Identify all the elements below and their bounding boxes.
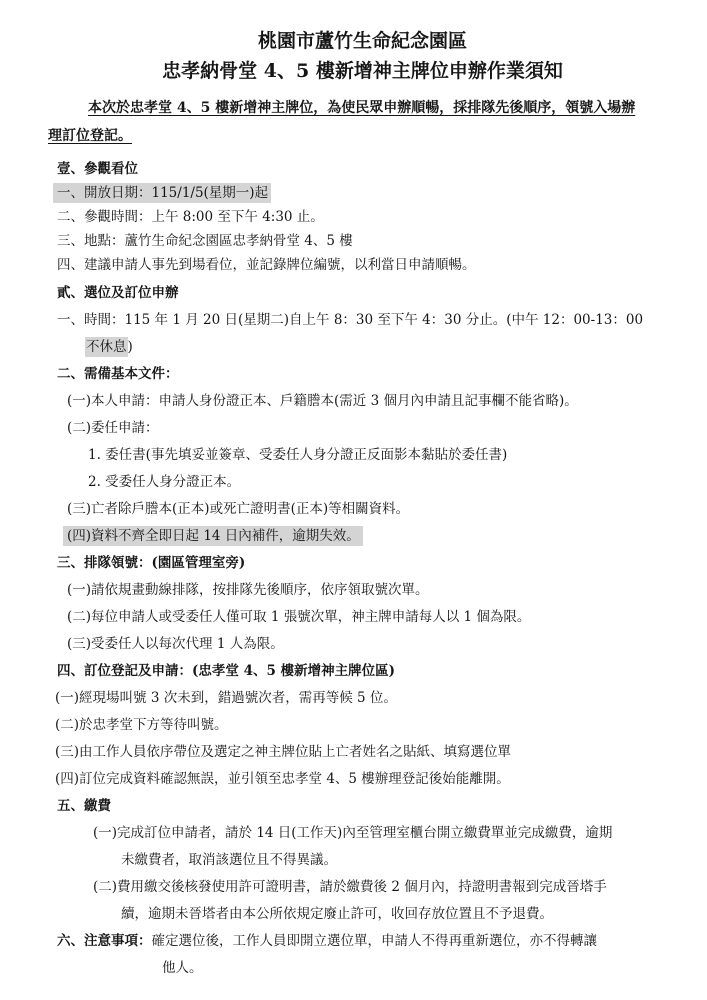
notes-item: 六、注意事項：確定選位後，工作人員即開立選位單，申請人不得再重新選位，亦不得轉讓… [57,928,677,982]
deadline-highlight: (四)資料不齊全即日起 14 日內補件，逾期失效。 [63,526,363,546]
section-1-heading: 壹、參觀看位 [57,157,677,181]
item-visit-time: 二、參觀時間：上午 8:00 至下午 4:30 止。 [57,205,677,229]
apply-time-line1: 一、時間：115 年 1 月 20 日(星期二)自上午 8：30 至下午 4：3… [57,312,643,328]
docs-item-delegate-id: 2. 受委任人身分證正本。 [88,469,677,496]
notes-line1: 確定選位後，工作人員即開立選位單，申請人不得再重新選位，亦不得轉讓 [152,933,598,949]
payment-item-2-line1: (二)費用繳交後核發使用許可證明書，請於繳費後 2 個月內，持證明書報到完成晉塔… [93,879,607,895]
payment-item-1-line1: (一)完成訂位申請者，請於 14 日(工作天)內至管理室櫃台開立繳費單並完成繳費… [93,825,612,841]
payment-item-1: (一)完成訂位申請者，請於 14 日(工作天)內至管理室櫃台開立繳費單並完成繳費… [93,820,677,874]
payment-heading: 五、繳費 [57,793,677,820]
docs-item-deadline: (四)資料不齊全即日起 14 日內補件，逾期失效。 [67,523,677,550]
doc-title-line2: 忠孝納骨堂 4、5 樓新增神主牌位申辦作業須知 [48,56,677,86]
queue-item-2: (二)每位申請人或受委任人僅可取 1 張號次單，神主牌申請每人以 1 個為限。 [67,604,677,631]
intro-line1: 本次於忠孝堂 4、5 樓新增神主牌位，為使民眾申辦順暢，採排隊先後順序，領號入場… [88,100,635,116]
payment-item-1-line2: 未繳費者，取消該選位且不得異議。 [121,852,337,868]
docs-item-self: (一)本人申請：申請人身份證正本、戶籍謄本(需近 3 個月內申請且記事欄不能省略… [67,388,677,415]
required-docs-heading: 二、需備基本文件： [57,361,677,388]
booking-item-1: (一)經現場叫號 3 次未到，錯過號次者，需再等候 5 位。 [55,685,677,712]
payment-item-2: (二)費用繳交後核發使用許可證明書，請於繳費後 2 個月內，持證明書報到完成晉塔… [93,874,677,928]
section-2-heading: 貳、選位及訂位申辦 [57,280,677,307]
item-location: 三、地點：蘆竹生命紀念園區忠孝納骨堂 4、5 樓 [57,229,677,253]
queue-heading: 三、排隊領號：(園區管理室旁) [57,550,677,577]
booking-item-3: (三)由工作人員依序帶位及選定之神主牌位貼上亡者姓名之貼紙、填寫選位單 [55,739,677,766]
open-date-highlight: 一、開放日期：115/1/5(星期一)起 [53,183,271,203]
item-suggestion: 四、建議申請人事先到場看位，並記錄牌位編號，以利當日申請順暢。 [57,253,677,277]
no-break-highlight: 不休息 [85,337,128,357]
booking-item-2: (二)於忠孝堂下方等待叫號。 [55,712,677,739]
docs-item-delegate-letter: 1. 委任書(事先填妥並簽章、受委任人身分證正反面影本黏貼於委任書) [88,442,677,469]
booking-item-4: (四)訂位完成資料確認無誤，並引領至忠孝堂 4、5 樓辦理登記後始能離開。 [55,766,677,793]
payment-item-2-line2: 續，逾期未晉塔者由本公所依規定廢止許可，收回存放位置且不予退費。 [121,906,553,922]
booking-heading: 四、訂位登記及申請：(忠孝堂 4、5 樓新增神主牌位區) [57,658,677,685]
doc-title-line1: 桃園市蘆竹生命紀念園區 [48,26,677,56]
document-page: 桃園市蘆竹生命紀念園區 忠孝納骨堂 4、5 樓新增神主牌位申辦作業須知 本次於忠… [0,0,707,982]
notes-label: 六、注意事項： [57,933,152,949]
intro-paragraph: 本次於忠孝堂 4、5 樓新增神主牌位，為使民眾申辦順暢，採排隊先後順序，領號入場… [48,94,677,150]
intro-line2: 理訂位登記。 [48,128,132,144]
item-apply-time: 一、時間：115 年 1 月 20 日(星期二)自上午 8：30 至下午 4：3… [57,307,677,361]
item-open-date: 一、開放日期：115/1/5(星期一)起 [57,181,677,205]
docs-item-delegate: (二)委任申請： [67,415,677,442]
docs-item-deceased: (三)亡者除戶謄本(正本)或死亡證明書(正本)等相關資料。 [67,496,677,523]
queue-item-1: (一)請依規畫動線排隊，按排隊先後順序，依序領取號次單。 [67,577,677,604]
apply-time-suffix: ) [128,339,133,355]
queue-item-3: (三)受委任人以每次代理 1 人為限。 [67,631,677,658]
notes-line2: 他人。 [162,960,203,976]
